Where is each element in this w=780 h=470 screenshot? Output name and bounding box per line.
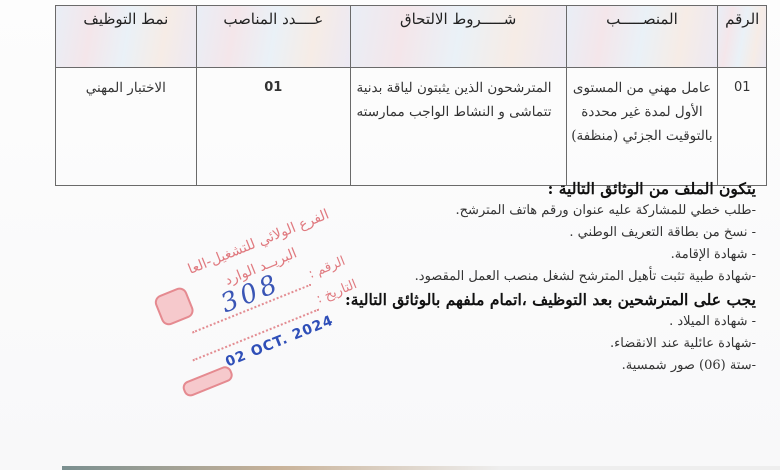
after-hiring-heading: يجب على المترشحين بعد التوظيف ،اتمام ملف…: [336, 289, 756, 311]
page-bottom-edge: [62, 466, 780, 470]
document-item: - شهادة الإقامة.: [336, 244, 756, 266]
cell-conditions: المترشحون الذين يثبتون لياقة بدنية تتماش…: [350, 68, 566, 186]
documents-heading: يتكون الملف من الوثائق التالية :: [336, 178, 756, 200]
document-item: -طلب خطي للمشاركة عليه عنوان ورقم هاتف ا…: [336, 200, 756, 222]
stamp-number-label: الرقم :: [306, 254, 347, 282]
header-mode: نمط التوظيف: [56, 6, 197, 68]
header-count: عــــدد المناصب: [196, 6, 350, 68]
stamp-bar-icon: [181, 364, 235, 398]
header-number: الرقم: [718, 6, 767, 68]
documents-section: يتكون الملف من الوثائق التالية : -طلب خط…: [336, 178, 756, 377]
cell-mode: الاختبار المهني: [56, 68, 197, 186]
header-post: المنصـــــب: [566, 6, 718, 68]
stamp-emblem-icon: [152, 285, 196, 327]
scanned-document-page: الرقم المنصـــــب شـــــروط الالتحاق عــ…: [0, 0, 780, 470]
stamp-date-label: التاريخ :: [314, 277, 359, 307]
document-item: -شهادة طبية تثبت تأهيل المترشح لشغل منصب…: [336, 266, 756, 288]
document-item: - نسخ من بطاقة التعريف الوطني .: [336, 222, 756, 244]
table-row: 01 عامل مهني من المستوى الأول لمدة غير م…: [56, 68, 767, 186]
cell-count: 01: [196, 68, 350, 186]
cell-number: 01: [718, 68, 767, 186]
header-conditions: شـــــروط الالتحاق: [350, 6, 566, 68]
table-header-row: الرقم المنصـــــب شـــــروط الالتحاق عــ…: [56, 6, 767, 68]
cell-post: عامل مهني من المستوى الأول لمدة غير محدد…: [566, 68, 718, 186]
after-hiring-item: -ستة (06) صور شمسية.: [336, 355, 756, 377]
job-positions-table: الرقم المنصـــــب شـــــروط الالتحاق عــ…: [55, 5, 767, 186]
